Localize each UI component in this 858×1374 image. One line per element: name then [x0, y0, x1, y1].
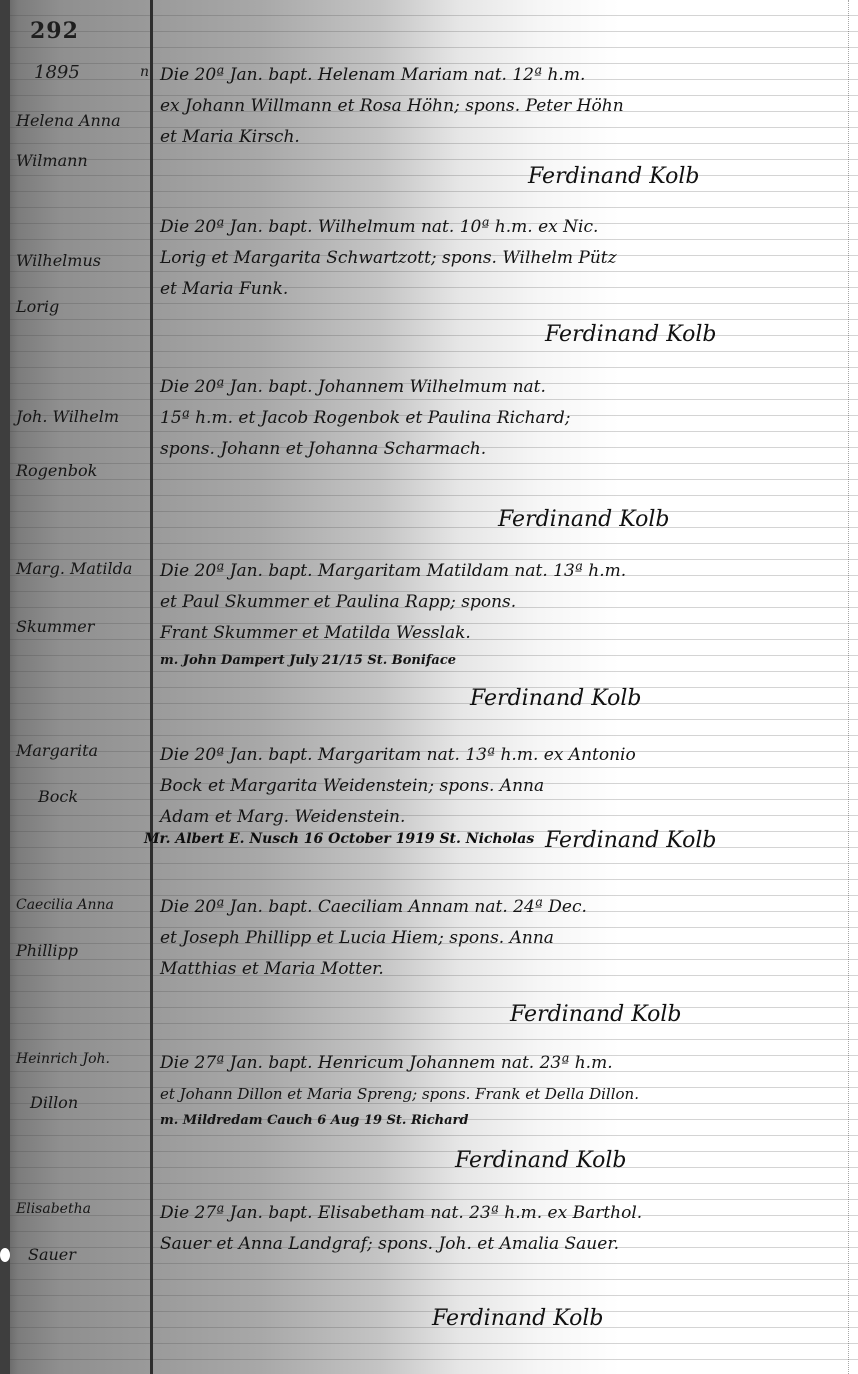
entry-line: Bock et Margarita Weidenstein; spons. An…	[160, 771, 830, 802]
year-heading: 1895	[34, 62, 80, 83]
entry-line: Lorig et Margarita Schwartzott; spons. W…	[160, 243, 830, 274]
child-name: Heinrich Joh. Dillon	[16, 1034, 150, 1128]
column-divider	[150, 0, 153, 1374]
child-given-names: Elisabetha	[16, 1184, 150, 1234]
child-given-names: Margarita	[16, 726, 150, 776]
entry-text: Die 20ª Jan. bapt. Helenam Mariam nat. 1…	[160, 60, 830, 153]
entry-text: Die 20ª Jan. bapt. Caeciliam Annam nat. …	[160, 892, 830, 985]
year-mark: n	[140, 64, 149, 80]
entry-line: Die 27ª Jan. bapt. Henricum Johannem nat…	[160, 1048, 830, 1079]
entry-line: Adam et Marg. Weidenstein.	[160, 802, 830, 833]
child-given-names: Joh. Wilhelm	[16, 392, 150, 442]
entry-line: Die 20ª Jan. bapt. Margaritam nat. 13ª h…	[160, 740, 830, 771]
entry-line: et Maria Kirsch.	[160, 122, 830, 153]
priest-signature: Ferdinand Kolb	[545, 322, 716, 347]
page-number: 292	[30, 18, 79, 44]
priest-signature: Ferdinand Kolb	[455, 1148, 626, 1173]
child-given-names: Caecilia Anna	[16, 880, 150, 930]
priest-signature: Ferdinand Kolb	[545, 828, 716, 853]
priest-signature: Ferdinand Kolb	[470, 686, 641, 711]
child-name: Helena Anna Wilmann	[16, 96, 150, 186]
entry-text: Die 27ª Jan. bapt. Elisabetham nat. 23ª …	[160, 1198, 830, 1260]
entry-line: Die 27ª Jan. bapt. Elisabetham nat. 23ª …	[160, 1198, 830, 1229]
child-given-names: Wilhelmus	[16, 236, 150, 286]
priest-signature: Ferdinand Kolb	[510, 1002, 681, 1027]
child-surname: Lorig	[16, 282, 150, 332]
child-name: Margarita Bock	[16, 726, 150, 822]
child-given-names: Marg. Matilda	[16, 544, 150, 594]
child-surname: Phillipp	[16, 926, 150, 976]
entry-text: Die 20ª Jan. bapt. Margaritam nat. 13ª h…	[160, 740, 830, 833]
entry-line: et Paul Skummer et Paulina Rapp; spons.	[160, 587, 830, 618]
entry-line: Die 20ª Jan. bapt. Caeciliam Annam nat. …	[160, 892, 830, 923]
child-surname: Wilmann	[16, 136, 150, 186]
entry-line: et Maria Funk.	[160, 274, 830, 305]
child-surname: Rogenbok	[16, 446, 150, 496]
child-name: Caecilia Anna Phillipp	[16, 880, 150, 976]
scan-hole	[0, 1248, 10, 1262]
child-name: Joh. Wilhelm Rogenbok	[16, 392, 150, 496]
entry-line: Die 20ª Jan. bapt. Johannem Wilhelmum na…	[160, 372, 830, 403]
entry-line: et Johann Dillon et Maria Spreng; spons.…	[160, 1079, 830, 1110]
entry-line: spons. Johann et Johanna Scharmach.	[160, 434, 830, 465]
entry-line: Die 20ª Jan. bapt. Margaritam Matildam n…	[160, 556, 830, 587]
register-page: 292 1895 n Helena Anna Wilmann Die 20ª J…	[0, 0, 858, 1374]
entry-line: ex Johann Willmann et Rosa Höhn; spons. …	[160, 91, 830, 122]
entry-line: 15ª h.m. et Jacob Rogenbok et Paulina Ri…	[160, 403, 830, 434]
priest-signature: Ferdinand Kolb	[432, 1306, 603, 1331]
binding-edge	[0, 0, 10, 1374]
ruled-lines	[0, 0, 858, 1374]
entry-line: et Joseph Phillipp et Lucia Hiem; spons.…	[160, 923, 830, 954]
marriage-annotation: m. Mildredam Cauch 6 Aug 19 St. Richard	[160, 1110, 830, 1132]
entry-line: Die 20ª Jan. bapt. Helenam Mariam nat. 1…	[160, 60, 830, 91]
entry-line: Matthias et Maria Motter.	[160, 954, 830, 985]
entry-text: Die 27ª Jan. bapt. Henricum Johannem nat…	[160, 1048, 830, 1132]
child-given-names: Heinrich Joh.	[16, 1034, 150, 1084]
marriage-annotation: m. John Dampert July 21/15 St. Boniface	[160, 649, 830, 673]
child-surname: Dillon	[16, 1078, 150, 1128]
entry-line: Frant Skummer et Matilda Wesslak.	[160, 618, 830, 649]
right-margin-line	[848, 0, 850, 1374]
child-name: Marg. Matilda Skummer	[16, 544, 150, 652]
entry-line: Sauer et Anna Landgraf; spons. Joh. et A…	[160, 1229, 830, 1260]
priest-signature: Ferdinand Kolb	[528, 164, 699, 189]
priest-signature: Ferdinand Kolb	[498, 507, 669, 532]
entry-text: Die 20ª Jan. bapt. Wilhelmum nat. 10ª h.…	[160, 212, 830, 305]
child-name: Elisabetha Sauer	[16, 1184, 150, 1280]
entry-line: Die 20ª Jan. bapt. Wilhelmum nat. 10ª h.…	[160, 212, 830, 243]
child-surname: Sauer	[16, 1230, 150, 1280]
marriage-annotation: Mr. Albert E. Nusch 16 October 1919 St. …	[144, 831, 534, 847]
child-name: Wilhelmus Lorig	[16, 236, 150, 332]
entry-text: Die 20ª Jan. bapt. Margaritam Matildam n…	[160, 556, 830, 673]
child-surname: Bock	[16, 772, 150, 822]
child-surname: Skummer	[16, 602, 150, 652]
entry-text: Die 20ª Jan. bapt. Johannem Wilhelmum na…	[160, 372, 830, 465]
